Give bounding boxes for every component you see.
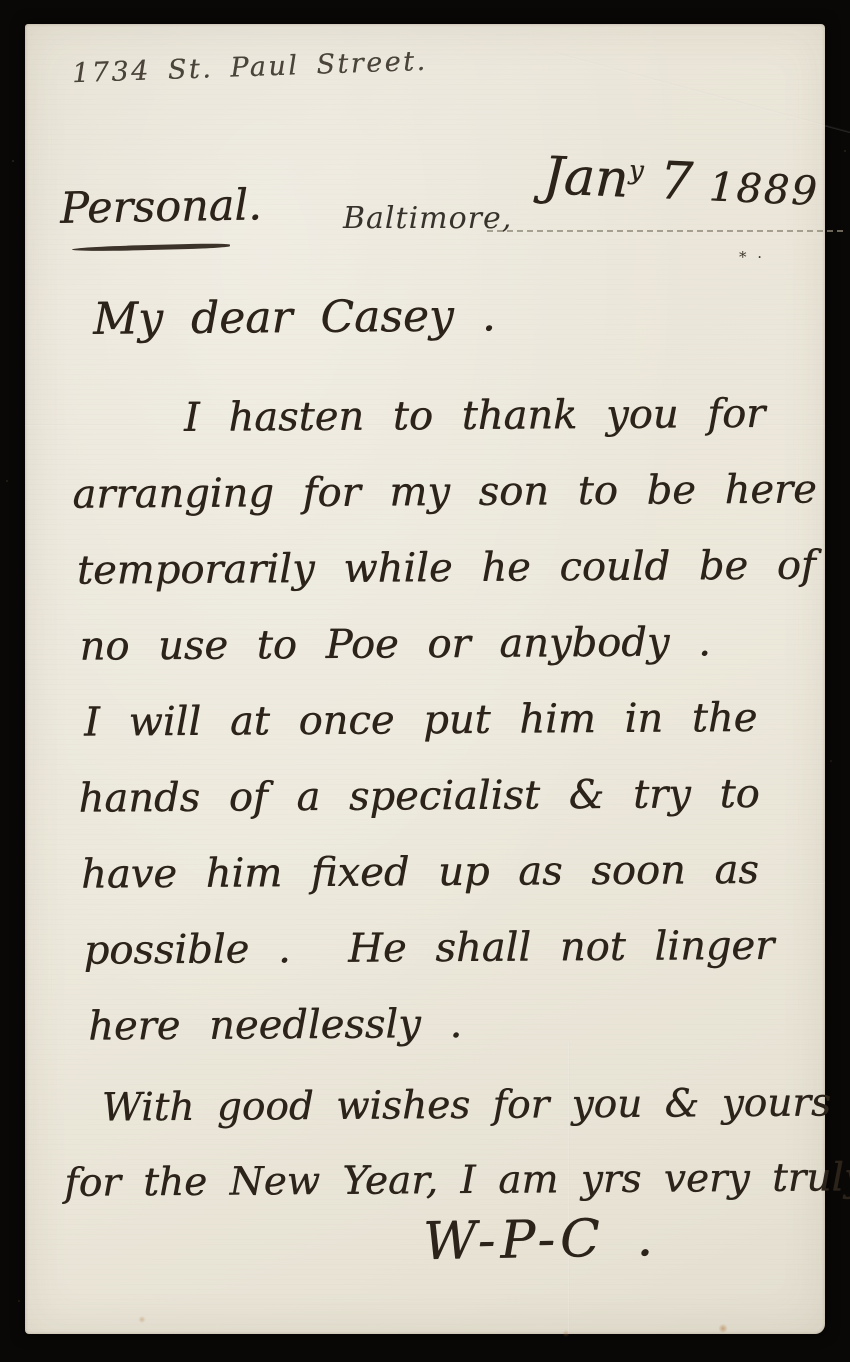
photo-backdrop: 1734 St. Paul Street. Personal. Baltimor… (0, 0, 850, 1362)
notation-personal: Personal. (60, 180, 263, 234)
date-month: Jan (542, 146, 630, 210)
letterhead-address: 1734 St. Paul Street. (72, 46, 428, 89)
date-day: 7 (658, 151, 694, 212)
letter-line: hands of a specialist & try to (60, 755, 843, 836)
signature-initials: W-P-C . (422, 1208, 658, 1272)
date-month-superscript: y (628, 155, 644, 186)
letter-line: temporarily while he could be of (59, 527, 842, 608)
salutation: My dear Casey . (93, 290, 496, 345)
fold-crease-diagonal (554, 52, 850, 134)
letter-body: I hasten to thank you for arranging for … (58, 375, 845, 1064)
letter-line: With good wishes for you & yours (59, 1065, 848, 1145)
year-ink-marks: * · (739, 248, 765, 266)
notation-underline-stroke (72, 243, 230, 252)
dotted-date-rule (487, 230, 843, 232)
letter-line: no use to Poe or anybody . (59, 603, 842, 684)
letter-line: possible . He shall not linger (61, 907, 844, 988)
foxing-spot (718, 1324, 728, 1333)
letter-line: I will at once put him in the (60, 679, 843, 760)
letter-line: here needlessly . (62, 983, 845, 1064)
date-year: 1889 (708, 164, 820, 215)
letter-line: arranging for my son to be here (58, 451, 841, 532)
handwritten-date: Jany 7 1889 (542, 146, 820, 218)
dust-specks (8, 60, 10, 62)
letter-closing: With good wishes for you & yours for the… (59, 1065, 848, 1220)
letter-line: I hasten to thank you for (58, 375, 841, 456)
letter-paper: 1734 St. Paul Street. Personal. Baltimor… (25, 24, 825, 1334)
letter-line: for the New Year, I am yrs very truly (60, 1140, 849, 1220)
letter-line: have him fixed up as soon as (61, 831, 844, 912)
foxing-spot (138, 1316, 146, 1323)
foxing-spot (562, 1330, 570, 1337)
